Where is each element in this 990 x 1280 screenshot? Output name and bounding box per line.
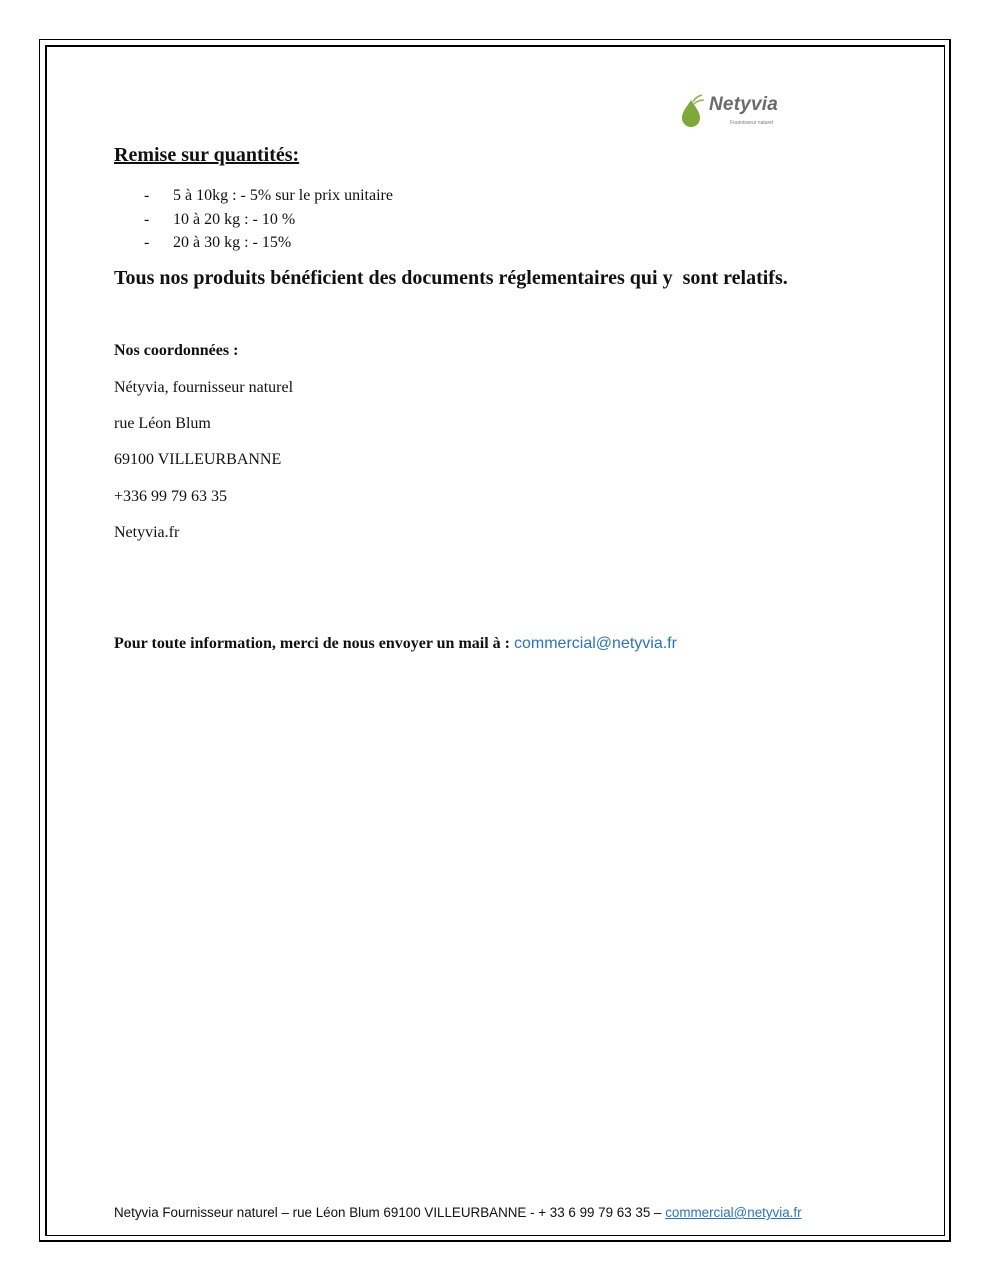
company-logo: Netyvia Fournisseur naturel [680,92,790,132]
contact-company: Nétyvia, fournisseur naturel [114,379,293,397]
info-email-link[interactable]: commercial@netyvia.fr [514,635,677,652]
discount-text: 5 à 10kg : - 5% sur le prix unitaire [173,187,393,204]
list-bullet: - [144,208,149,232]
logo-tagline: Fournisseur naturel [730,120,773,126]
discount-item: -20 à 30 kg : - 15% [114,231,393,255]
list-bullet: - [144,184,149,208]
regulatory-statement: Tous nos produits bénéficient des docume… [114,267,788,290]
contact-city: 69100 VILLEURBANNE [114,451,281,469]
discount-item: -10 à 20 kg : - 10 % [114,208,393,232]
contact-street: rue Léon Blum [114,415,211,433]
page-footer: Netyvia Fournisseur naturel – rue Léon B… [114,1205,802,1220]
contact-website: Netyvia.fr [114,524,179,542]
footer-email-link[interactable]: commercial@netyvia.fr [665,1205,801,1220]
discount-item: -5 à 10kg : - 5% sur le prix unitaire [114,184,393,208]
contact-heading: Nos coordonnées : [114,342,238,360]
footer-text: Netyvia Fournisseur naturel – rue Léon B… [114,1205,665,1220]
discount-text: 10 à 20 kg : - 10 % [173,211,295,228]
logo-name: Netyvia [709,94,778,116]
info-line: Pour toute information, merci de nous en… [114,635,677,653]
list-bullet: - [144,231,149,255]
discount-list: -5 à 10kg : - 5% sur le prix unitaire -1… [114,184,393,255]
green-drop-leaf-icon [680,92,706,128]
info-text: Pour toute information, merci de nous en… [114,635,514,652]
discount-text: 20 à 30 kg : - 15% [173,234,291,251]
contact-phone: +336 99 79 63 35 [114,488,227,506]
discount-heading: Remise sur quantités: [114,144,299,167]
